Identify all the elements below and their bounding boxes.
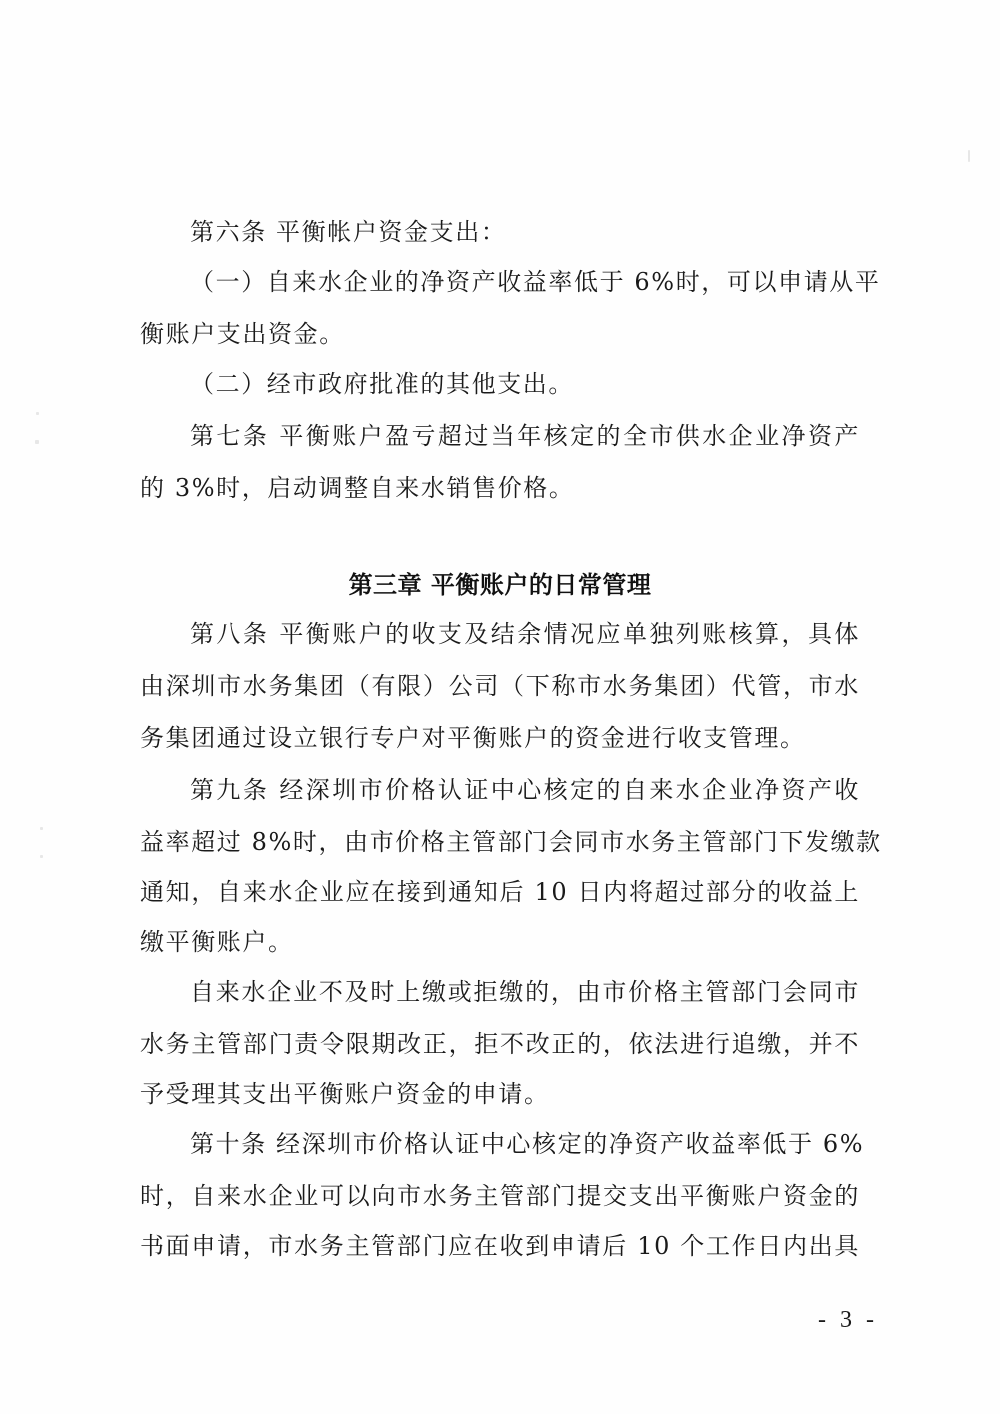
article-6-item-1-line-1: （一）自来水企业的净资产收益率低于 6%时，可以申请从平 xyxy=(190,264,860,300)
article-7-line-1: 第七条 平衡账户盈亏超过当年核定的全市供水企业净资产 xyxy=(190,418,860,454)
scan-speck xyxy=(968,150,970,162)
scan-speck xyxy=(36,412,39,415)
article-10-line-3: 书面申请，市水务主管部门应在收到申请后 10 个工作日内出具 xyxy=(140,1228,860,1264)
article-9-line-1: 第九条 经深圳市价格认证中心核定的自来水企业净资产收 xyxy=(190,772,860,808)
article-8-line-1: 第八条 平衡账户的收支及结余情况应单独列账核算，具体 xyxy=(190,616,860,652)
scan-speck xyxy=(35,440,39,444)
article-9-line-2: 益率超过 8%时，由市价格主管部门会同市水务主管部门下发缴款 xyxy=(140,824,860,860)
scan-speck xyxy=(40,827,43,830)
article-9-para-2-line-2: 水务主管部门责令限期改正，拒不改正的，依法进行追缴，并不 xyxy=(140,1026,860,1062)
scan-speck xyxy=(40,855,43,858)
article-9-para-2-line-1: 自来水企业不及时上缴或拒缴的，由市价格主管部门会同市 xyxy=(190,974,860,1010)
article-8-line-2: 由深圳市水务集团（有限）公司（下称市水务集团）代管，市水 xyxy=(140,668,860,704)
article-10-line-2: 时，自来水企业可以向市水务主管部门提交支出平衡账户资金的 xyxy=(140,1178,860,1214)
article-6-title: 第六条 平衡帐户资金支出： xyxy=(190,214,860,250)
article-9-para-2-line-3: 予受理其支出平衡账户资金的申请。 xyxy=(140,1076,860,1112)
article-9-line-3: 通知，自来水企业应在接到通知后 10 日内将超过部分的收益上 xyxy=(140,874,860,910)
article-10-line-1: 第十条 经深圳市价格认证中心核定的净资产收益率低于 6% xyxy=(190,1126,860,1162)
article-7-line-2: 的 3%时，启动调整自来水销售价格。 xyxy=(140,470,860,506)
article-8-line-3: 务集团通过设立银行专户对平衡账户的资金进行收支管理。 xyxy=(140,720,860,756)
article-6-item-2: （二）经市政府批准的其他支出。 xyxy=(190,366,860,402)
article-9-line-4: 缴平衡账户。 xyxy=(140,924,860,960)
chapter-heading: 第三章 平衡账户的日常管理 xyxy=(0,566,1000,604)
page-number: - 3 - xyxy=(808,1304,888,1336)
article-6-item-1-line-2: 衡账户支出资金。 xyxy=(140,316,860,352)
document-page: 第六条 平衡帐户资金支出： （一）自来水企业的净资产收益率低于 6%时，可以申请… xyxy=(0,0,1000,1414)
